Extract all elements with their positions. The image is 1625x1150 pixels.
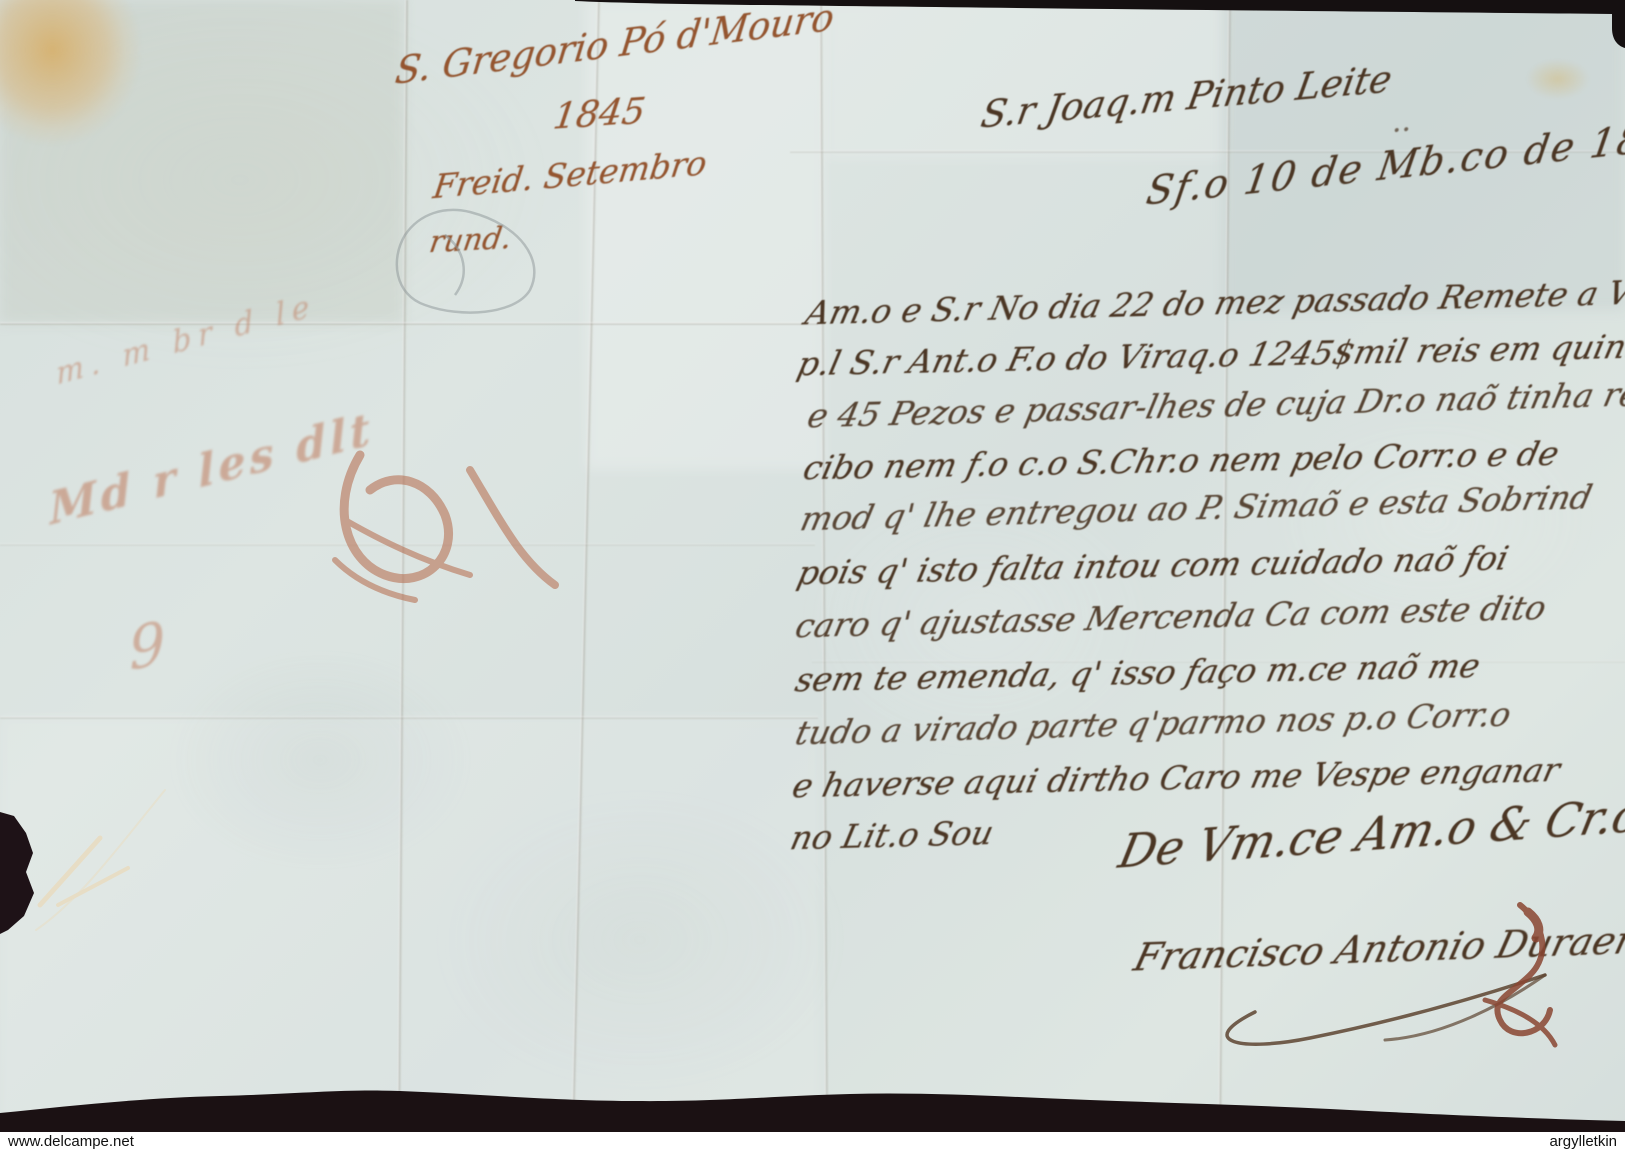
show-through-fragment: Md r les dlt (48, 407, 375, 532)
watermark-user: argylletkin (1549, 1133, 1617, 1150)
horizontal-fold-crease (0, 322, 818, 325)
show-through-fragment: 9 (128, 614, 166, 679)
watermark-bar: www.delcampe.net argylletkin (0, 1132, 1625, 1150)
small-stain (1520, 55, 1595, 103)
body-line: e haverse aqui dirtho Caro me Vespe enga… (789, 753, 1563, 802)
body-line: e 45 Pezos e passar-lhes de cuja Dr.o na… (805, 377, 1625, 432)
body-line: sem te emenda, q' isso faço m.ce naõ me (792, 649, 1483, 696)
body-line: Am.o e S.r No dia 22 do mez passado Reme… (803, 274, 1625, 329)
body-line: mod q' lhe entregou ao P. Simaõ e esta S… (798, 480, 1596, 535)
flourish-dots: .. (1390, 106, 1412, 138)
signature: Francisco Antonio Duraens (1130, 920, 1625, 977)
scanned-letter-photo: m. m br d le Md r les dlt 9 S. Gregorio … (0, 0, 1625, 1150)
body-line: caro q' ajustasse Mercenda Ca com este d… (793, 591, 1550, 643)
body-line: p.l S.r Ant.o F.o do Viraq.o 1245$mil re… (794, 329, 1625, 381)
closing-salutation: De Vm.ce Am.o & Cr.o (1115, 792, 1625, 875)
body-line: pois q' isto falta intou com cuidado naõ… (794, 541, 1511, 589)
body-line: tudo a virado parte q'parmo nos p.o Corr… (793, 697, 1515, 749)
docket-year: 1845 (551, 94, 648, 137)
body-line: no Lit.o Sou (788, 816, 997, 854)
fold-panel-shading (0, 716, 820, 1132)
horizontal-fold-crease (0, 543, 815, 546)
docket-note-line: rund. (427, 224, 513, 259)
fold-panel-shading (585, 0, 825, 470)
watermark-site: www.delcampe.net (8, 1133, 134, 1150)
horizontal-fold-crease (0, 716, 818, 719)
body-line: cibo nem f.o c.o S.Chr.o nem pelo Corr.o… (800, 437, 1562, 485)
